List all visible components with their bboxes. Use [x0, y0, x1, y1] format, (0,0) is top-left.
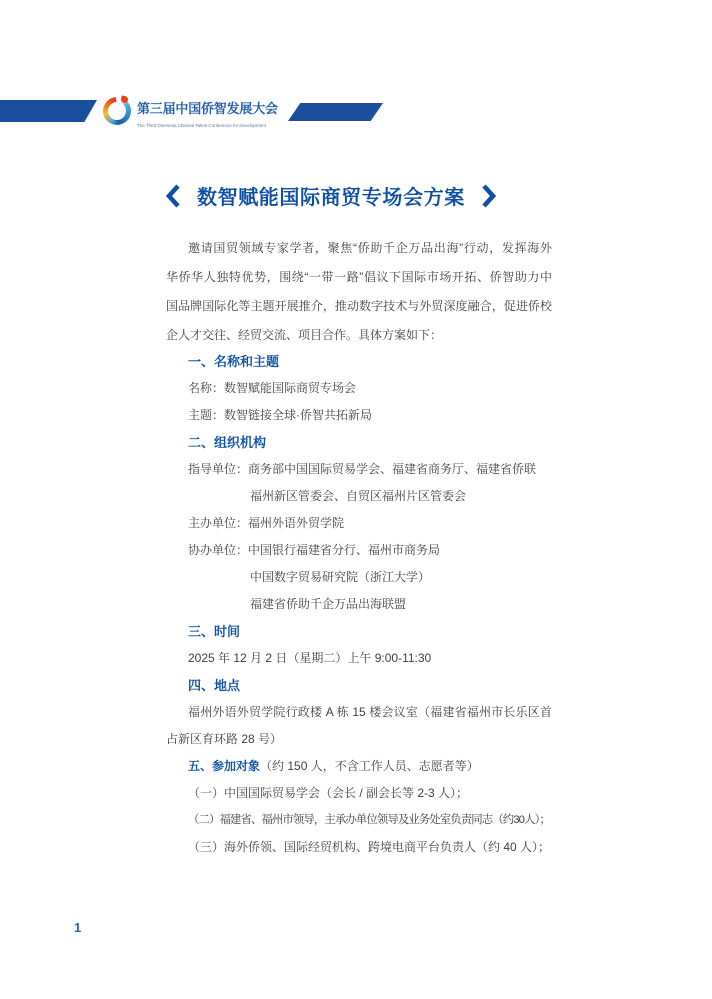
document-line: 三、时间: [166, 618, 552, 645]
document-line: 2025 年 12 月 2 日（星期二）上午 9:00-11:30: [166, 645, 552, 672]
header-left-band: [0, 100, 97, 122]
right-chevron-icon: [482, 184, 496, 208]
line-text: 2025 年 12 月 2 日（星期二）上午 9:00-11:30: [188, 651, 431, 665]
document-line: （一）中国国际贸易学会（会长 / 副会长等 2-3 人）；: [166, 780, 552, 807]
line-text: 福建省侨助千企万品出海联盟: [250, 597, 406, 611]
paragraph-line: 企人才交往、经贸交流、项目合作。具体方案如下：: [166, 321, 552, 350]
line-heading: 五、参加对象: [188, 759, 260, 773]
line-text: （三）海外侨领、国际经贸机构、跨境电商平台负责人（约 40 人）；: [188, 840, 550, 854]
title-row: 数智赋能国际商贸专场会方案: [166, 181, 496, 210]
document-line: 福建省侨助千企万品出海联盟: [166, 591, 552, 618]
line-text: 福州新区管委会、自贸区福州片区管委会: [250, 489, 466, 503]
line-text: 主题：数智链接全球·侨智共拓新局: [188, 408, 372, 422]
document-page: 第三届中国侨智发展大会 The Third Overseas Chinese T…: [0, 0, 712, 999]
logo-subtitle: The Third Overseas Chinese Talent Confer…: [137, 123, 266, 128]
document-line: 一、名称和主题: [166, 348, 552, 375]
document-line: （三）海外侨领、国际经贸机构、跨境电商平台负责人（约 40 人）；: [166, 834, 552, 861]
paragraph-line: 邀请国贸领域专家学者，聚焦“侨助千企万品出海”行动，发挥海外: [166, 234, 552, 263]
line-heading: 四、地点: [188, 678, 240, 693]
line-text: 指导单位：商务部中国国际贸易学会、福建省商务厅、福建省侨联: [188, 462, 536, 476]
line-text: 企人才交往、经贸交流、项目合作。具体方案如下：: [166, 328, 442, 342]
line-text: 福州外语外贸学院行政楼 A 栋 15 楼会议室（福建省福州市长乐区首: [188, 705, 552, 719]
line-text: 协办单位：中国银行福建省分行、福州市商务局: [188, 543, 440, 557]
line-heading: 一、名称和主题: [188, 354, 279, 369]
line-text: （二）福建省、福州市领导，主承办单位领导及业务处室负责同志（约30人）；: [188, 814, 550, 826]
document-line: 主题：数智链接全球·侨智共拓新局: [166, 402, 552, 429]
document-line: 占新区育环路 28 号）: [166, 726, 552, 753]
document-line: 福州新区管委会、自贸区福州片区管委会: [166, 483, 552, 510]
line-heading: 三、时间: [188, 624, 240, 639]
page-number: 1: [74, 920, 81, 935]
document-line: 五、参加对象（约 150 人，不含工作人员、志愿者等）: [166, 753, 552, 780]
document-body: 一、名称和主题 名称：数智赋能国际商贸专场会 主题：数智链接全球·侨智共拓新局 …: [166, 348, 552, 861]
line-text: 中国数字贸易研究院（浙江大学）: [250, 570, 430, 584]
line-text: （约 150 人，不含工作人员、志愿者等）: [260, 759, 479, 773]
document-line: 主办单位：福州外语外贸学院: [166, 510, 552, 537]
line-text: 华侨华人独特优势，围绕“一带一路”倡议下国际市场开拓、侨智助力中: [166, 270, 552, 284]
paragraph-line: 国品牌国际化等主题开展推介，推动数字技术与外贸深度融合，促进侨校: [166, 292, 552, 321]
line-text: 主办单位：福州外语外贸学院: [188, 516, 344, 530]
document-line: （二）福建省、福州市领导，主承办单位领导及业务处室负责同志（约30人）；: [166, 807, 552, 834]
page-title: 数智赋能国际商贸专场会方案: [197, 181, 465, 210]
document-line: 中国数字贸易研究院（浙江大学）: [166, 564, 552, 591]
document-line: 四、地点: [166, 672, 552, 699]
left-chevron-icon: [166, 184, 180, 208]
document-line: 协办单位：中国银行福建省分行、福州市商务局: [166, 537, 552, 564]
header-right-band: [288, 103, 383, 121]
line-text: 国品牌国际化等主题开展推介，推动数字技术与外贸深度融合，促进侨校: [166, 299, 552, 313]
intro-paragraph: 邀请国贸领域专家学者，聚焦“侨助千企万品出海”行动，发挥海外 华侨华人独特优势，…: [166, 234, 552, 350]
document-line: 福州外语外贸学院行政楼 A 栋 15 楼会议室（福建省福州市长乐区首: [166, 699, 552, 726]
line-heading: 二、组织机构: [188, 435, 266, 450]
document-line: 指导单位：商务部中国国际贸易学会、福建省商务厅、福建省侨联: [166, 456, 552, 483]
line-text: （一）中国国际贸易学会（会长 / 副会长等 2-3 人）；: [188, 786, 468, 800]
document-line: 二、组织机构: [166, 429, 552, 456]
line-text: 邀请国贸领域专家学者，聚焦“侨助千企万品出海”行动，发挥海外: [188, 241, 552, 255]
line-text: 名称：数智赋能国际商贸专场会: [188, 381, 356, 395]
line-text: 占新区育环路 28 号）: [166, 732, 282, 746]
conference-logo-icon: [103, 97, 131, 125]
document-line: 名称：数智赋能国际商贸专场会: [166, 375, 552, 402]
paragraph-line: 华侨华人独特优势，围绕“一带一路”倡议下国际市场开拓、侨智助力中: [166, 263, 552, 292]
